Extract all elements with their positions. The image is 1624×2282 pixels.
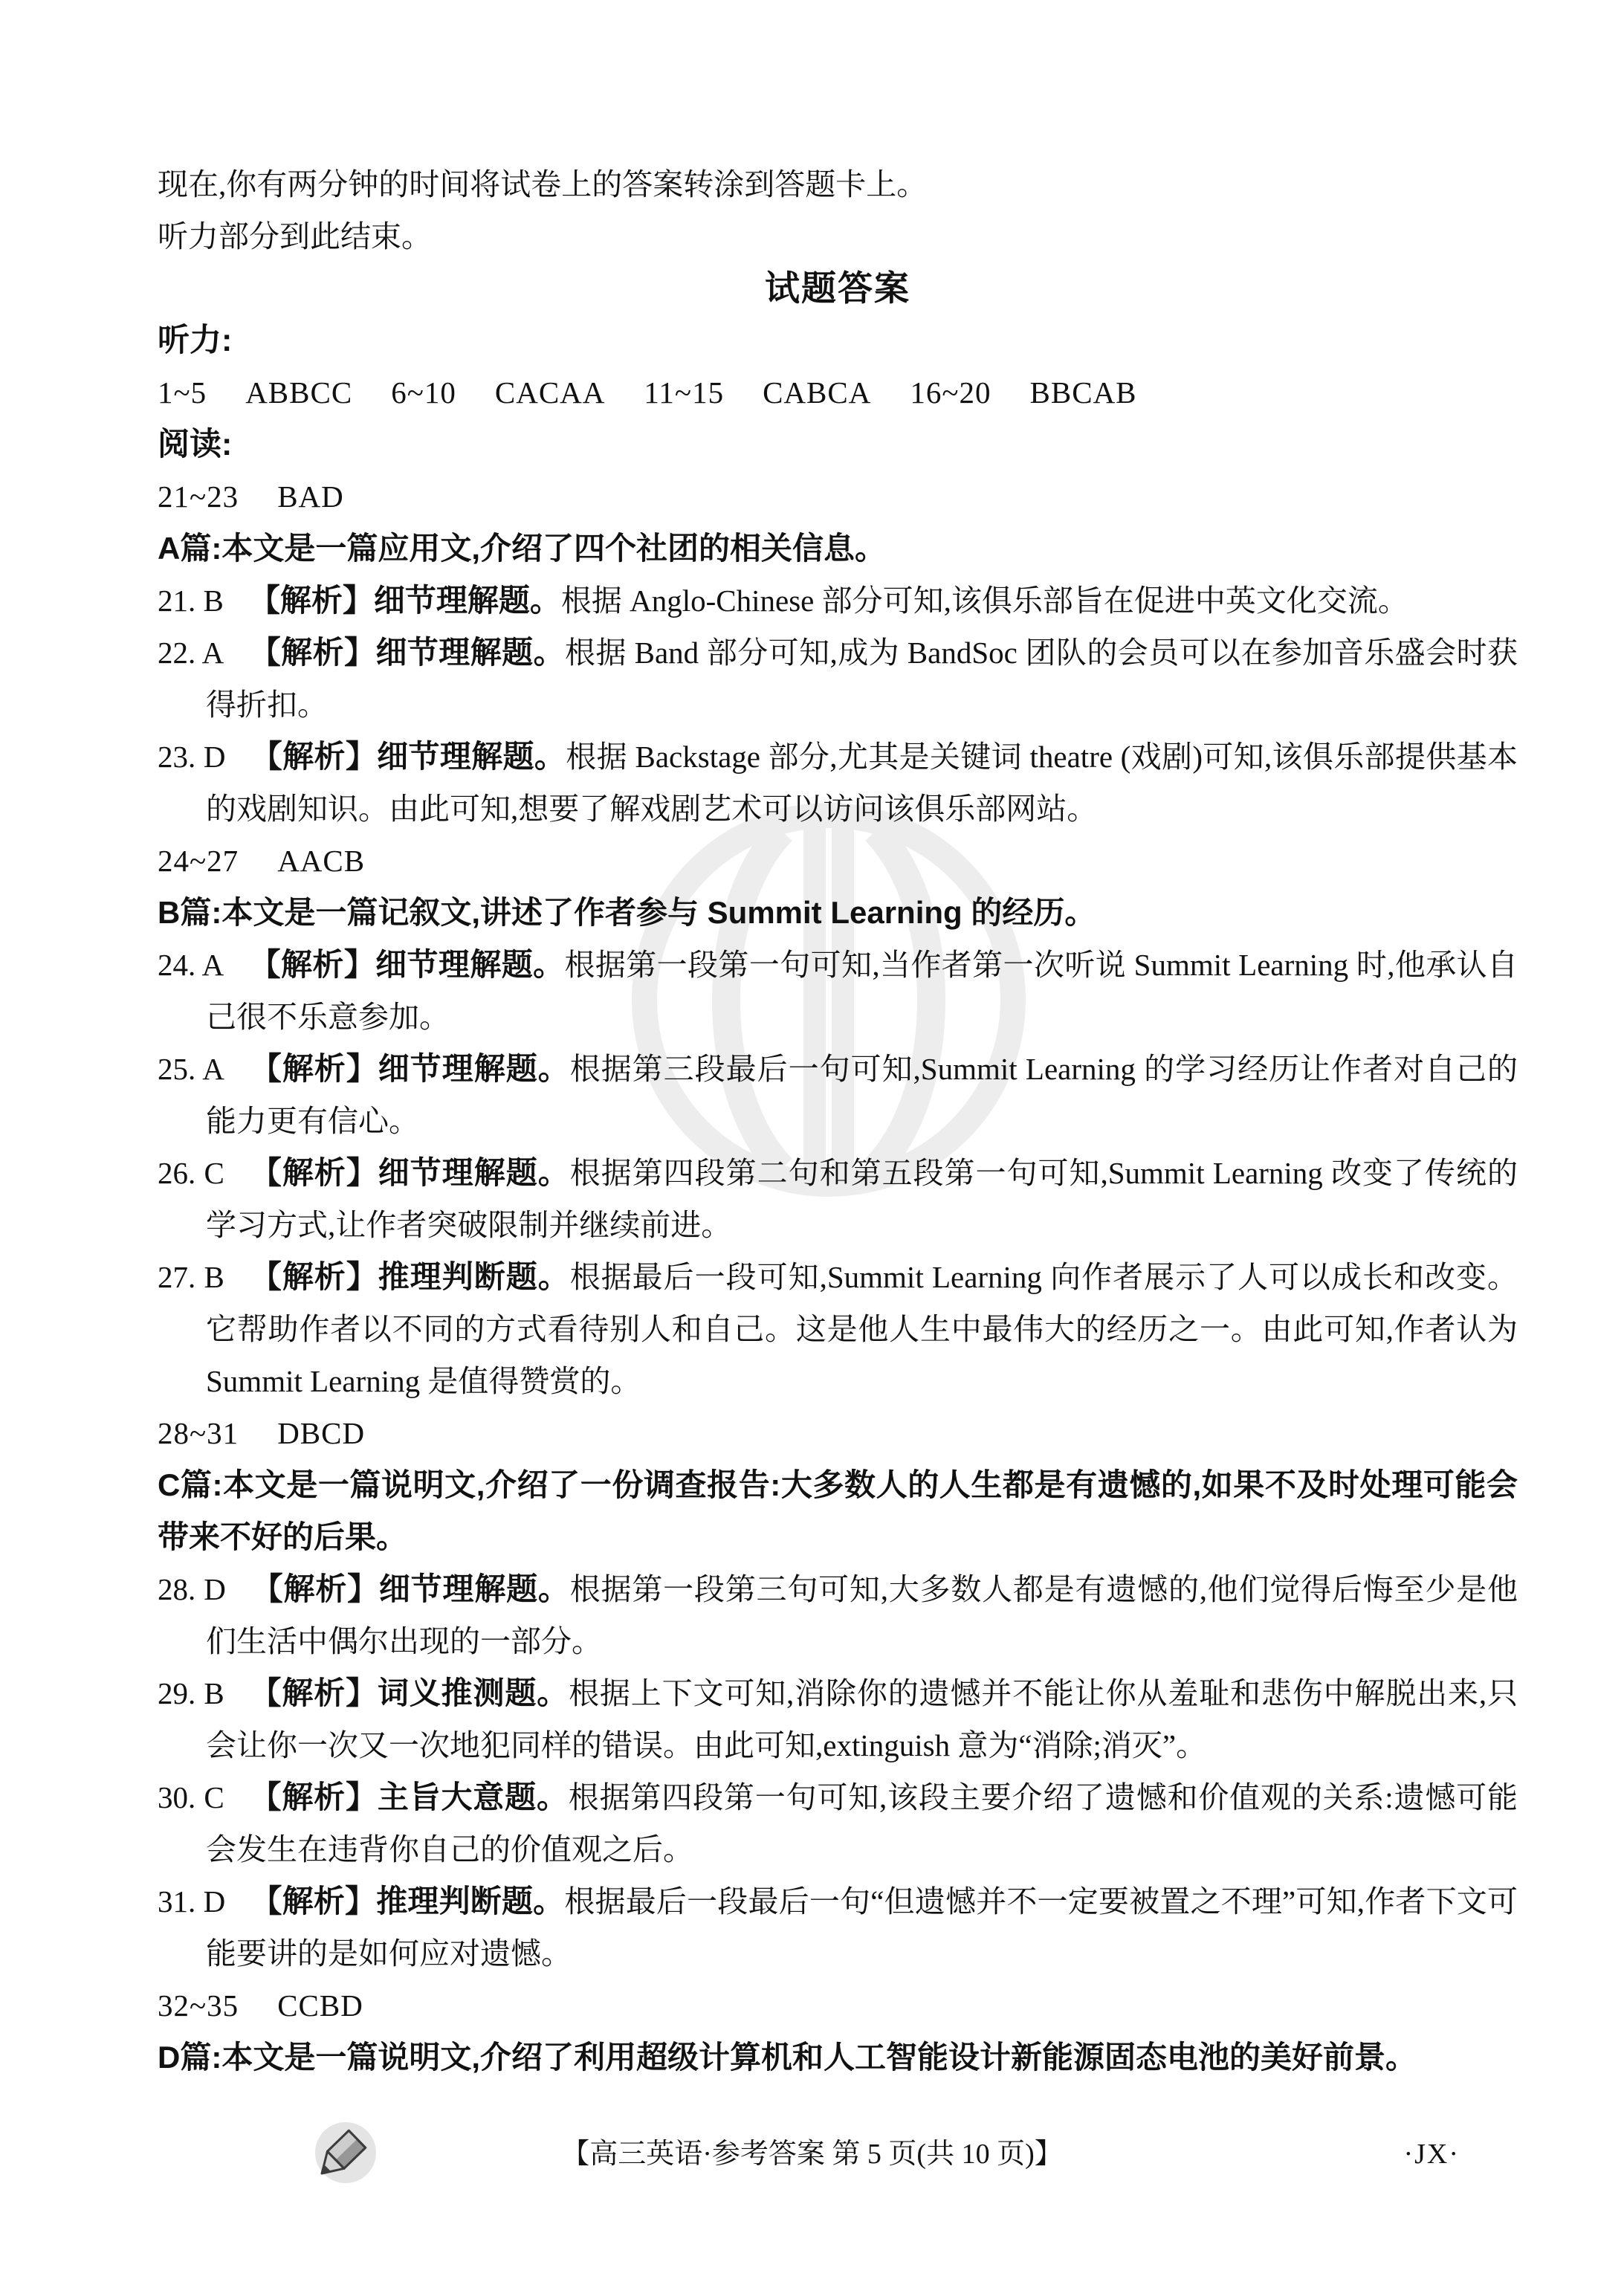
question-answer: 24. A <box>158 948 224 982</box>
question-answer: 31. D <box>158 1884 225 1919</box>
answer-range: 1~5 <box>158 375 207 410</box>
analysis-tag: 【解析】推理判断题。 <box>250 1884 564 1919</box>
question-answer: 30. C <box>158 1780 224 1814</box>
explanation-item-30: 30. C【解析】主旨大意题。根据第四段第一句可知,该段主要介绍了遗憾和价值观的… <box>158 1771 1518 1875</box>
answer-range: 16~20 <box>910 375 991 410</box>
explanation-item-27: 27. B【解析】推理判断题。根据最后一段可知,Summit Learning … <box>158 1251 1518 1407</box>
reading-range-line: 24~27AACB <box>158 835 1518 887</box>
explanation-item-24: 24. A【解析】细节理解题。根据第一段第一句可知,当作者第一次听说 Summi… <box>158 939 1518 1043</box>
analysis-tag: 【解析】词义推测题。 <box>250 1675 569 1710</box>
question-answer: 22. A <box>158 636 224 670</box>
analysis-tag: 【解析】细节理解题。 <box>250 739 566 774</box>
analysis-tag: 【解析】细节理解题。 <box>250 1051 570 1086</box>
page-title: 试题答案 <box>158 262 1518 314</box>
question-answer: 21. B <box>158 584 224 618</box>
answer-letters: CCBD <box>277 1988 363 2023</box>
question-answer: 28. D <box>158 1572 226 1606</box>
answer-letters: BAD <box>277 479 344 514</box>
analysis-tag: 【解析】推理判断题。 <box>250 1259 570 1294</box>
explanation-item-28: 28. D【解析】细节理解题。根据第一段第三句可知,大多数人都是有遗憾的,他们觉… <box>158 1563 1518 1667</box>
answer-letters: ABBCC <box>245 375 352 410</box>
explanation-item-21: 21. B【解析】细节理解题。根据 Anglo-Chinese 部分可知,该俱乐… <box>158 575 1518 627</box>
analysis-tag: 【解析】细节理解题。 <box>251 1571 570 1606</box>
answer-pair: 16~20BBCAB <box>910 375 1136 410</box>
answer-range: 28~31 <box>158 1416 239 1450</box>
question-answer: 26. C <box>158 1156 224 1190</box>
passage-c-summary: C篇:本文是一篇说明文,介绍了一份调查报告:大多数人的人生都是有遗憾的,如果不及… <box>158 1459 1518 1563</box>
listening-section-label: 听力: <box>158 314 1518 366</box>
analysis-tag: 【解析】细节理解题。 <box>249 583 561 618</box>
listening-answers-line: 1~5ABBCC6~10CACAA11~15CABCA16~20BBCAB <box>158 366 1518 418</box>
answer-range: 11~15 <box>644 375 724 410</box>
answer-letters: BBCAB <box>1030 375 1137 410</box>
answer-pair: 11~15CABCA <box>644 375 871 410</box>
answer-range: 21~23 <box>158 479 239 514</box>
reading-range-line: 21~23BAD <box>158 471 1518 523</box>
explanation-item-22: 22. A【解析】细节理解题。根据 Band 部分可知,成为 BandSoc 团… <box>158 627 1518 731</box>
question-answer: 25. A <box>158 1052 224 1086</box>
answer-letters: DBCD <box>277 1416 365 1450</box>
footer-edition-code: ·JX· <box>1403 2138 1460 2171</box>
passage-b-summary: B篇:本文是一篇记叙文,讲述了作者参与 Summit Learning 的经历。 <box>158 887 1518 939</box>
explanation-item-26: 26. C【解析】细节理解题。根据第四段第二句和第五段第一句可知,Summit … <box>158 1147 1518 1251</box>
explanation-item-29: 29. B【解析】词义推测题。根据上下文可知,消除你的遗憾并不能让你从羞耻和悲伤… <box>158 1667 1518 1771</box>
exam-answer-page: 现在,你有两分钟的时间将试卷上的答案转涂到答题卡上。 听力部分到此结束。 试题答… <box>0 0 1624 2282</box>
reading-range-line: 32~35CCBD <box>158 1979 1518 2032</box>
listening-end-line: 听力部分到此结束。 <box>158 210 1518 262</box>
question-answer: 23. D <box>158 740 225 774</box>
answer-pair: 1~5ABBCC <box>158 375 352 410</box>
page-footer: 【高三英语·参考答案 第 5 页(共 10 页)】 ·JX· <box>0 2111 1624 2223</box>
reading-range-line: 28~31DBCD <box>158 1407 1518 1459</box>
analysis-tag: 【解析】主旨大意题。 <box>250 1780 569 1814</box>
answer-pair: 6~10CACAA <box>391 375 605 410</box>
explanation-item-25: 25. A【解析】细节理解题。根据第三段最后一句可知,Summit Learni… <box>158 1043 1518 1147</box>
footer-page-info: 【高三英语·参考答案 第 5 页(共 10 页)】 <box>0 2138 1624 2171</box>
explanation-item-23: 23. D【解析】细节理解题。根据 Backstage 部分,尤其是关键词 th… <box>158 731 1518 835</box>
answer-letters: CABCA <box>763 375 871 410</box>
question-answer: 29. B <box>158 1676 224 1710</box>
analysis-tag: 【解析】细节理解题。 <box>249 635 565 670</box>
question-answer: 27. B <box>158 1260 224 1294</box>
reading-section-label: 阅读: <box>158 418 1518 471</box>
answer-letters: CACAA <box>495 375 606 410</box>
answer-range: 24~27 <box>158 844 239 878</box>
answer-range: 6~10 <box>391 375 456 410</box>
answer-key-content: 现在,你有两分钟的时间将试卷上的答案转涂到答题卡上。 听力部分到此结束。 试题答… <box>158 0 1518 2084</box>
transfer-instruction-line: 现在,你有两分钟的时间将试卷上的答案转涂到答题卡上。 <box>158 158 1518 210</box>
answer-range: 32~35 <box>158 1988 239 2023</box>
passage-d-summary: D篇:本文是一篇说明文,介绍了利用超级计算机和人工智能设计新能源固态电池的美好前… <box>158 2032 1518 2084</box>
explanation-item-31: 31. D【解析】推理判断题。根据最后一段最后一句“但遗憾并不一定要被置之不理”… <box>158 1875 1518 1979</box>
answer-letters: AACB <box>277 844 365 878</box>
analysis-tag: 【解析】细节理解题。 <box>249 947 564 982</box>
analysis-text: 根据 Anglo-Chinese 部分可知,该俱乐部旨在促进中英文化交流。 <box>561 584 1408 618</box>
analysis-tag: 【解析】细节理解题。 <box>250 1155 570 1190</box>
passage-a-summary: A篇:本文是一篇应用文,介绍了四个社团的相关信息。 <box>158 523 1518 575</box>
